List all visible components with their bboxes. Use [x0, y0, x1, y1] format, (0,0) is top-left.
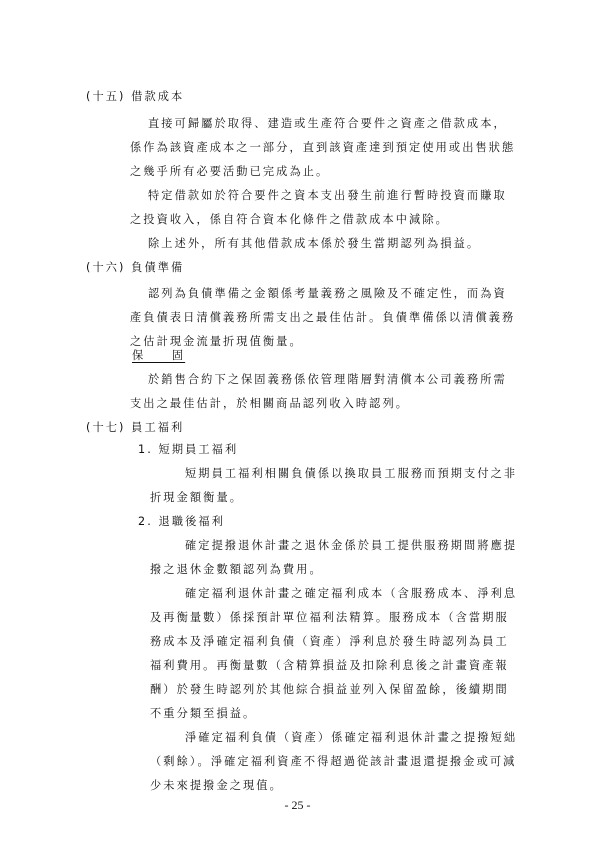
paragraph-line: （剩餘）。淨確定福利資產不得超過從該計畫退還提撥金或可減: [150, 755, 516, 769]
paragraph-line: 撥之退休金數額認列為費用。: [150, 563, 323, 577]
page-number: - 25 -: [0, 798, 595, 813]
paragraph-line: 之估計現金流量折現值衡量。: [130, 335, 303, 349]
paragraph-line: 確定福利退休計畫之確定福利成本（含服務成本、淨利息: [185, 587, 517, 601]
paragraph-line: 認列為負債準備之金額係考量義務之風險及不確定性，而為資: [148, 287, 507, 301]
paragraph-line: 短期員工福利相關負債係以換取員工服務而預期支付之非: [185, 467, 517, 481]
paragraph-line: 淨確定福利負債（資產）係確定福利退休計畫之提撥短絀: [185, 731, 517, 745]
paragraph-line: 務成本及淨確定福利負債（資產）淨利息於發生時認列為員工: [150, 635, 509, 649]
paragraph-line: 除上述外，所有其他借款成本係於發生當期認列為損益。: [148, 237, 480, 251]
paragraph-line: 於銷售合約下之保固義務係依管理階層對清償本公司義務所需: [148, 373, 507, 387]
paragraph-line: 及再衡量數）係採預計單位福利法精算。服務成本（含當期服: [150, 611, 509, 625]
paragraph-line: 產負債表日清償義務所需支出之最佳估計。負債準備係以清償義務: [130, 311, 515, 325]
paragraph-line: 確定提撥退休計畫之退休金係於員工提供服務期間將應提: [185, 539, 517, 553]
item-text: 1. 短期員工福利: [138, 443, 238, 457]
heading-text: (十六) 負債準備: [86, 261, 184, 275]
paragraph-line: 之幾乎所有必要活動已完成為止。: [130, 165, 329, 179]
paragraph-line: 之投資收入，係自符合資本化條件之借款成本中減除。: [130, 213, 449, 227]
heading-text: (十七) 員工福利: [86, 421, 184, 435]
paragraph-line: 不重分類至損益。: [150, 707, 256, 721]
paragraph-line: 折現金額衡量。: [150, 491, 243, 505]
paragraph-line: 福利費用。再衡量數（含精算損益及扣除利息後之計畫資產報: [150, 659, 509, 673]
paragraph-line: 酬）於發生時認列於其他綜合損益並列入保留盈餘，後續期間: [150, 683, 509, 697]
item-text: 2. 退職後福利: [138, 515, 225, 529]
subheading-text: 保 固: [132, 349, 185, 363]
paragraph-line: 少未來提撥金之現值。: [150, 779, 283, 793]
paragraph-line: 直接可歸屬於取得、建造或生產符合要件之資產之借款成本，: [148, 117, 507, 131]
paragraph-line: 係作為該資產成本之一部分，直到該資產達到預定使用或出售狀態: [130, 141, 515, 155]
paragraph-line: 支出之最佳估計，於相關商品認列收入時認列。: [130, 397, 409, 411]
heading-text: (十五) 借款成本: [86, 90, 184, 104]
paragraph-line: 特定借款如於符合要件之資本支出發生前進行暫時投資而賺取: [148, 189, 507, 203]
